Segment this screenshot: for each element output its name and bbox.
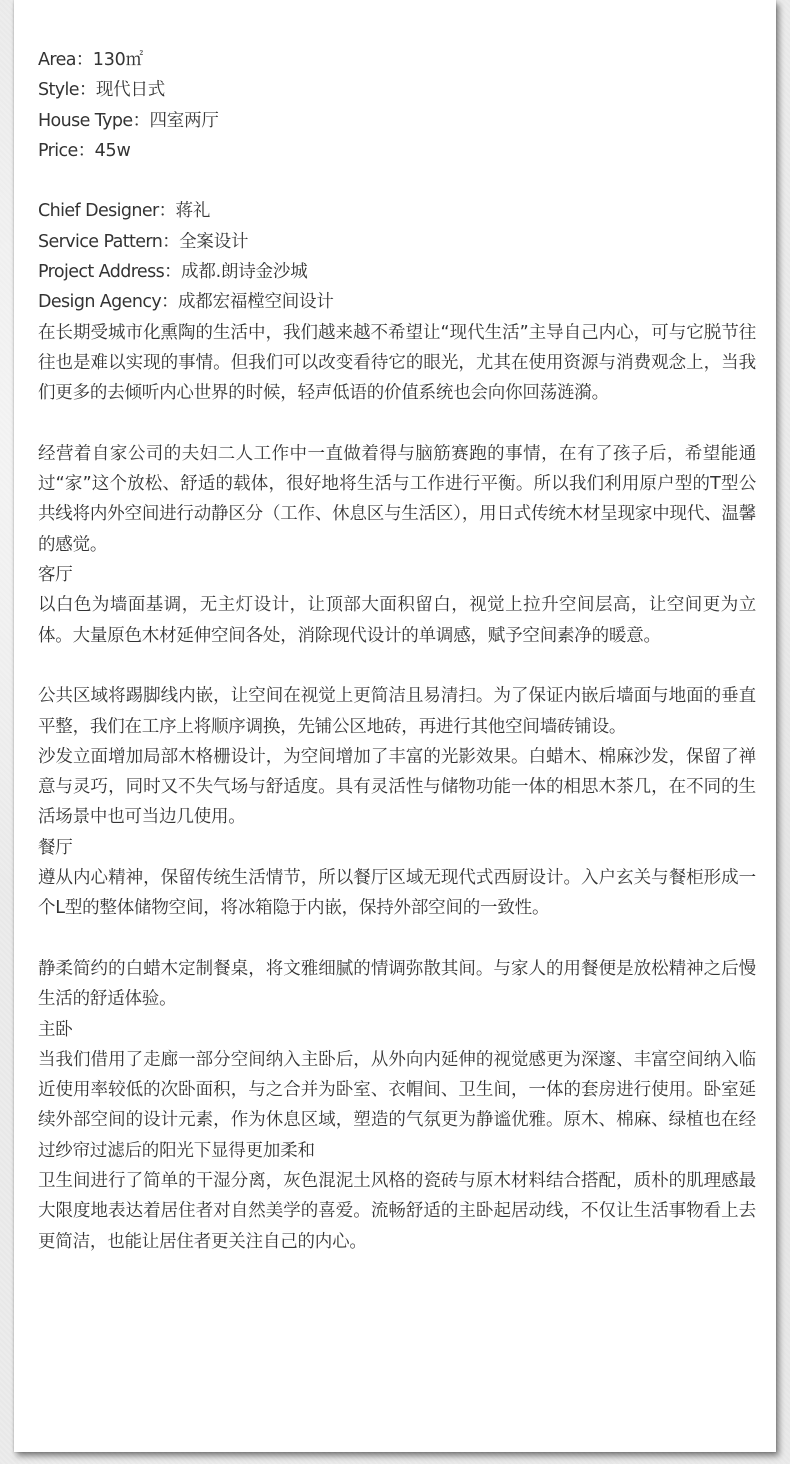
style-value: 现代日式 bbox=[96, 80, 165, 100]
master-bedroom-paragraph-2: 卫生间进行了简单的干湿分离，灰色混泥土风格的瓷砖与原木材料结合搭配，质朴的肌理感… bbox=[38, 1166, 756, 1257]
service-pattern-value: 全案设计 bbox=[179, 232, 248, 252]
living-room-paragraph-1: 以白色为墙面基调，无主灯设计，让顶部大面积留白，视觉上拉升空间层高，让空间更为立… bbox=[38, 590, 756, 651]
credit-chief-designer: Chief Designer：蒋礼 bbox=[38, 196, 756, 226]
living-room-paragraph-2: 公共区域将踢脚线内嵌，让空间在视觉上更简洁且易清扫。为了保证内嵌后墙面与地面的垂… bbox=[38, 681, 756, 742]
area-value: 130㎡ bbox=[93, 50, 143, 70]
spacer bbox=[38, 409, 756, 439]
chief-designer-value: 蒋礼 bbox=[176, 201, 211, 221]
style-label: Style： bbox=[38, 80, 96, 100]
info-price: Price：45w bbox=[38, 136, 756, 166]
credit-design-agency: Design Agency：成都宏福樘空间设计 bbox=[38, 287, 756, 317]
living-room-heading: 客厅 bbox=[38, 560, 756, 590]
spacer bbox=[38, 651, 756, 681]
project-address-value: 成都.朗诗金沙城 bbox=[181, 262, 307, 282]
intro-paragraph-2: 经营着自家公司的夫妇二人工作中一直做着得与脑筋赛跑的事情，在有了孩子后，希望能通… bbox=[38, 439, 756, 560]
project-address-label: Project Address： bbox=[38, 262, 181, 282]
info-style: Style：现代日式 bbox=[38, 75, 756, 105]
credit-service-pattern: Service Pattern：全案设计 bbox=[38, 227, 756, 257]
master-bedroom-paragraph-1: 当我们借用了走廊一部分空间纳入主卧后，从外向内延伸的视觉感更为深邃、丰富空间纳入… bbox=[38, 1045, 756, 1166]
master-bedroom-heading: 主卧 bbox=[38, 1015, 756, 1045]
house-type-label: House Type： bbox=[38, 111, 150, 131]
chief-designer-label: Chief Designer： bbox=[38, 201, 176, 221]
house-type-value: 四室两厅 bbox=[150, 111, 219, 131]
info-area: Area：130㎡ bbox=[38, 45, 756, 75]
dining-room-heading: 餐厅 bbox=[38, 833, 756, 863]
credit-project-address: Project Address：成都.朗诗金沙城 bbox=[38, 257, 756, 287]
price-value: 45w bbox=[95, 141, 131, 161]
article-card: Area：130㎡ Style：现代日式 House Type：四室两厅 Pri… bbox=[14, 0, 776, 1452]
living-room-paragraph-3: 沙发立面增加局部木格栅设计，为空间增加了丰富的光影效果。白蜡木、棉麻沙发，保留了… bbox=[38, 742, 756, 833]
design-agency-value: 成都宏福樘空间设计 bbox=[178, 292, 334, 312]
dining-room-paragraph-2: 静柔简约的白蜡木定制餐桌，将文雅细腻的情调弥散其间。与家人的用餐便是放松精神之后… bbox=[38, 954, 756, 1015]
info-house-type: House Type：四室两厅 bbox=[38, 106, 756, 136]
dining-room-paragraph-1: 遵从内心精神，保留传统生活情节，所以餐厅区域无现代式西厨设计。入户玄关与餐柜形成… bbox=[38, 863, 756, 924]
area-label: Area： bbox=[38, 50, 93, 70]
spacer bbox=[38, 166, 756, 196]
design-agency-label: Design Agency： bbox=[38, 292, 178, 312]
service-pattern-label: Service Pattern： bbox=[38, 232, 179, 252]
spacer bbox=[38, 924, 756, 954]
article-body: Area：130㎡ Style：现代日式 House Type：四室两厅 Pri… bbox=[38, 45, 756, 1257]
intro-paragraph-1: 在长期受城市化熏陶的生活中，我们越来越不希望让“现代生活”主导自己内心，可与它脱… bbox=[38, 318, 756, 409]
price-label: Price： bbox=[38, 141, 95, 161]
